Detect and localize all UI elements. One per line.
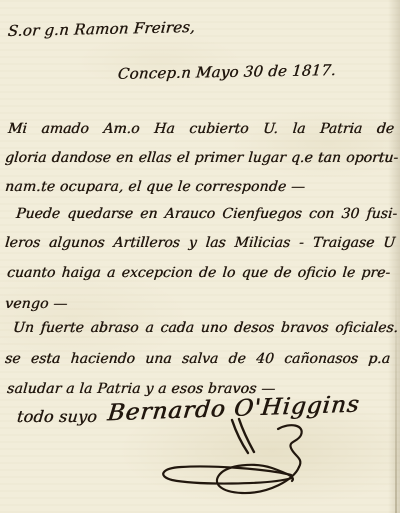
body-line: cuanto haiga a excepcion de lo que de of… xyxy=(6,265,390,282)
body-line: Un fuerte abraso a cada uno desos bravos… xyxy=(12,320,398,337)
addressee-line: S.or g.n Ramon Freires, xyxy=(7,18,196,40)
body-line: leros algunos Artilleros y las Milicias … xyxy=(4,235,395,252)
page-edge-line xyxy=(395,267,397,513)
body-line: Mi amado Am.o Ha cubierto U. la Patria d… xyxy=(7,121,394,138)
body-line: se esta haciendo una salva de 40 cañonas… xyxy=(4,351,390,368)
closing-line: todo suyo xyxy=(16,407,98,426)
page-edge-shadow xyxy=(388,0,400,513)
body-line: nam.te ocupara, el que le corresponde — xyxy=(4,179,306,196)
body-line: Puede quedarse en Arauco Cienfuegos con … xyxy=(15,206,397,223)
dateline: Concep.n Mayo 30 de 1817. xyxy=(117,61,337,83)
body-line: vengo — xyxy=(4,296,68,313)
body-line: gloria dandose en ellas el primer lugar … xyxy=(4,150,398,167)
letter-page: S.or g.n Ramon Freires, Concep.n Mayo 30… xyxy=(0,0,400,513)
